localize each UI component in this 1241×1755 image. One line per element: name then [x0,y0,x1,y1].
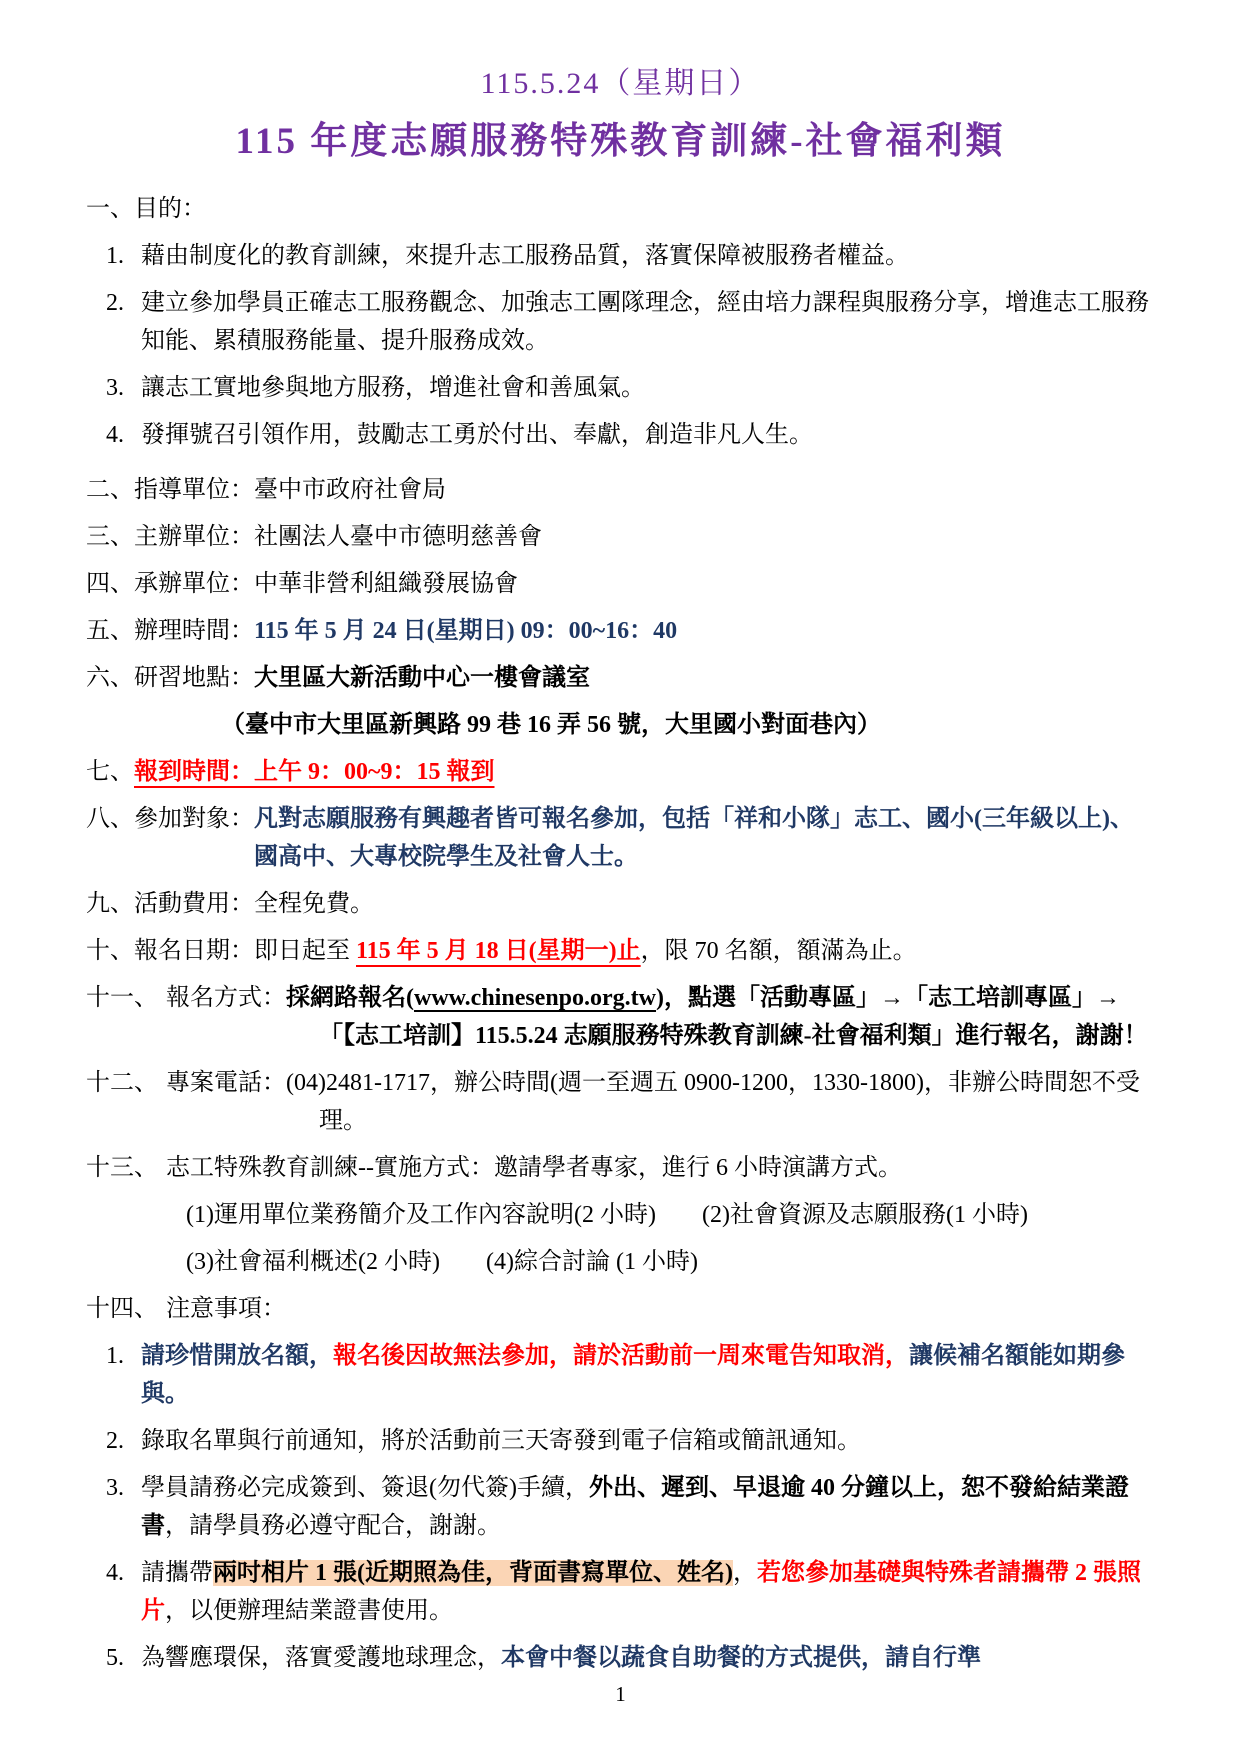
item-text: 發揮號召引領作用，鼓勵志工勇於付出、奉獻，創造非凡人生。 [141,422,813,448]
registration-method-text: 採網路報名( [286,985,414,1011]
section-time-label: 五、辦理時間： [86,618,254,644]
item-number: 4. [106,416,141,454]
note-item: 2.錄取名單與行前通知，將於活動前三天寄發到電子信箱或簡訊通知。 [86,1422,1155,1460]
item-number: 5. [106,1639,141,1677]
registration-deadline: 115 年 5 月 18 日(星期一)止 [356,938,641,964]
note-text: 請攜帶 [141,1560,213,1586]
notes-heading-label: 注意事項： [166,1296,286,1322]
note-text: ， [733,1560,757,1586]
note-text: ，請學員務必遵守配合，謝謝。 [165,1513,501,1539]
item-text: 讓志工實地參與地方服務，增進社會和善風氣。 [141,375,645,401]
section-participants-value: 凡對志願服務有興趣者皆可報名參加，包括「祥和小隊」志工、國小(三年級以上)、國高… [254,806,1134,870]
document-page: 115.5.24（星期日） 115 年度志願服務特殊教育訓練-社會福利類 一、目… [0,0,1241,1755]
section-venue: 六、研習地點：大里區大新活動中心一樓會議室 [86,659,1155,697]
purpose-item: 1.藉由制度化的教育訓練，來提升志工服務品質，落實保障被服務者權益。 [86,237,1155,275]
purpose-item: 3.讓志工實地參與地方服務，增進社會和善風氣。 [86,369,1155,407]
note-text-emphasis: 本會中餐以蔬食自助餐的方式提供，請自行準 [501,1645,981,1671]
note-text-warning: 報名後因故無法參加，請於活動前一周來電告知取消， [333,1343,909,1369]
section-organizer: 三、主辦單位：社團法人臺中市德明慈善會 [86,518,1155,556]
course-item: (2)社會資源及志願服務(1 小時) [702,1202,1028,1228]
note-text: 為響應環保，落實愛護地球理念， [141,1645,501,1671]
note-text-highlighted: 兩吋相片 1 張(近期照為佳，背面書寫單位、姓名) [213,1560,733,1586]
course-item: (4)綜合討論 (1 小時) [486,1249,698,1275]
note-text: 錄取名單與行前通知，將於活動前三天寄發到電子信箱或簡訊通知。 [141,1428,861,1454]
note-text: 請珍惜開放名額， [141,1343,333,1369]
section-training-format: 十三、志工特殊教育訓練--實施方式：邀請學者專家，進行 6 小時演講方式。 [86,1149,1155,1187]
date-line: 115.5.24（星期日） [86,64,1155,104]
purpose-item: 2.建立參加學員正確志工服務觀念、加強志工團隊理念，經由培力課程與服務分享，增進… [86,284,1155,360]
course-item: (1)運用單位業務簡介及工作內容說明(2 小時) [186,1202,656,1228]
training-courses-line1: (1)運用單位業務簡介及工作內容說明(2 小時)(2)社會資源及志願服務(1 小… [186,1196,1155,1234]
section-notes-heading: 十四、注意事項： [86,1290,1155,1328]
contact-phone-text: 專案電話：(04)2481-1717，辦公時間(週一至週五 0900-1200，… [166,1070,1140,1134]
item-number: 3. [106,369,141,407]
item-number: 4. [106,1554,141,1592]
item-number: 2. [106,284,141,322]
section-supervisor: 二、指導單位：臺中市政府社會局 [86,471,1155,509]
section-participants: 八、參加對象：凡對志願服務有興趣者皆可報名參加，包括「祥和小隊」志工、國小(三年… [86,800,1155,876]
registration-website-url: www.chinesenpo.org.tw [414,985,656,1011]
note-text: ，以便辦理結業證書使用。 [165,1598,453,1624]
section-time: 五、辦理時間：115 年 5 月 24 日(星期日) 09：00~16：40 [86,612,1155,650]
note-text: 學員請務必完成簽到、簽退(勿代簽)手續， [141,1475,589,1501]
section-contact-phone: 十二、專案電話：(04)2481-1717，辦公時間(週一至週五 0900-12… [86,1064,1155,1140]
item-number: 1. [106,1337,141,1375]
section-participants-label: 八、參加對象： [86,806,254,832]
section-number: 十二、 [86,1064,166,1102]
section-registration-date: 十、報名日期：即日起至 115 年 5 月 18 日(星期一)止，限 70 名額… [86,932,1155,970]
section-venue-label: 六、研習地點： [86,665,254,691]
training-format-text: 志工特殊教育訓練--實施方式：邀請學者專家，進行 6 小時演講方式。 [166,1155,902,1181]
course-item: (3)社會福利概述(2 小時) [186,1249,440,1275]
item-number: 3. [106,1469,141,1507]
registration-method-label: 報名方式： [166,985,286,1011]
section-number: 十四、 [86,1290,166,1328]
item-number: 2. [106,1422,141,1460]
section-number: 十三、 [86,1149,166,1187]
note-item: 5.為響應環保，落實愛護地球理念，本會中餐以蔬食自助餐的方式提供，請自行準 [86,1639,1155,1677]
registration-date-suffix: ，限 70 名額，額滿為止。 [641,938,917,964]
purpose-heading: 一、目的： [86,190,1155,228]
section-time-value: 115 年 5 月 24 日(星期日) 09：00~16：40 [254,618,677,644]
section-co-organizer: 四、承辦單位：中華非營利組織發展協會 [86,565,1155,603]
purpose-item: 4.發揮號召引領作用，鼓勵志工勇於付出、奉獻，創造非凡人生。 [86,416,1155,454]
item-number: 1. [106,237,141,275]
registration-date-prefix: 十、報名日期：即日起至 [86,938,356,964]
section-fee: 九、活動費用：全程免費。 [86,885,1155,923]
note-item: 1.請珍惜開放名額，報名後因故無法參加，請於活動前一周來電告知取消，讓候補名額能… [86,1337,1155,1413]
main-title: 115 年度志願服務特殊教育訓練-社會福利類 [86,118,1155,166]
note-item: 3.學員請務必完成簽到、簽退(勿代簽)手續，外出、遲到、早退逾 40 分鐘以上，… [86,1469,1155,1545]
page-number: 1 [0,1675,1241,1713]
section-checkin: 七、報到時間：上午 9：00~9：15 報到 [86,753,1155,791]
section-number: 十一、 [86,979,166,1017]
item-text: 建立參加學員正確志工服務觀念、加強志工團隊理念，經由培力課程與服務分享，增進志工… [141,290,1149,354]
venue-address: （臺中市大里區新興路 99 巷 16 弄 56 號，大里國小對面巷內） [221,706,1155,744]
training-courses-line2: (3)社會福利概述(2 小時)(4)綜合討論 (1 小時) [186,1243,1155,1281]
section-venue-value: 大里區大新活動中心一樓會議室 [254,665,590,691]
item-text: 藉由制度化的教育訓練，來提升志工服務品質，落實保障被服務者權益。 [141,243,909,269]
section-checkin-value: 報到時間：上午 9：00~9：15 報到 [134,759,494,785]
section-registration-method: 十一、報名方式：採網路報名(www.chinesenpo.org.tw)，點選「… [86,979,1155,1055]
section-checkin-prefix: 七、 [86,759,134,785]
note-item: 4.請攜帶兩吋相片 1 張(近期照為佳，背面書寫單位、姓名)，若您參加基礎與特殊… [86,1554,1155,1630]
